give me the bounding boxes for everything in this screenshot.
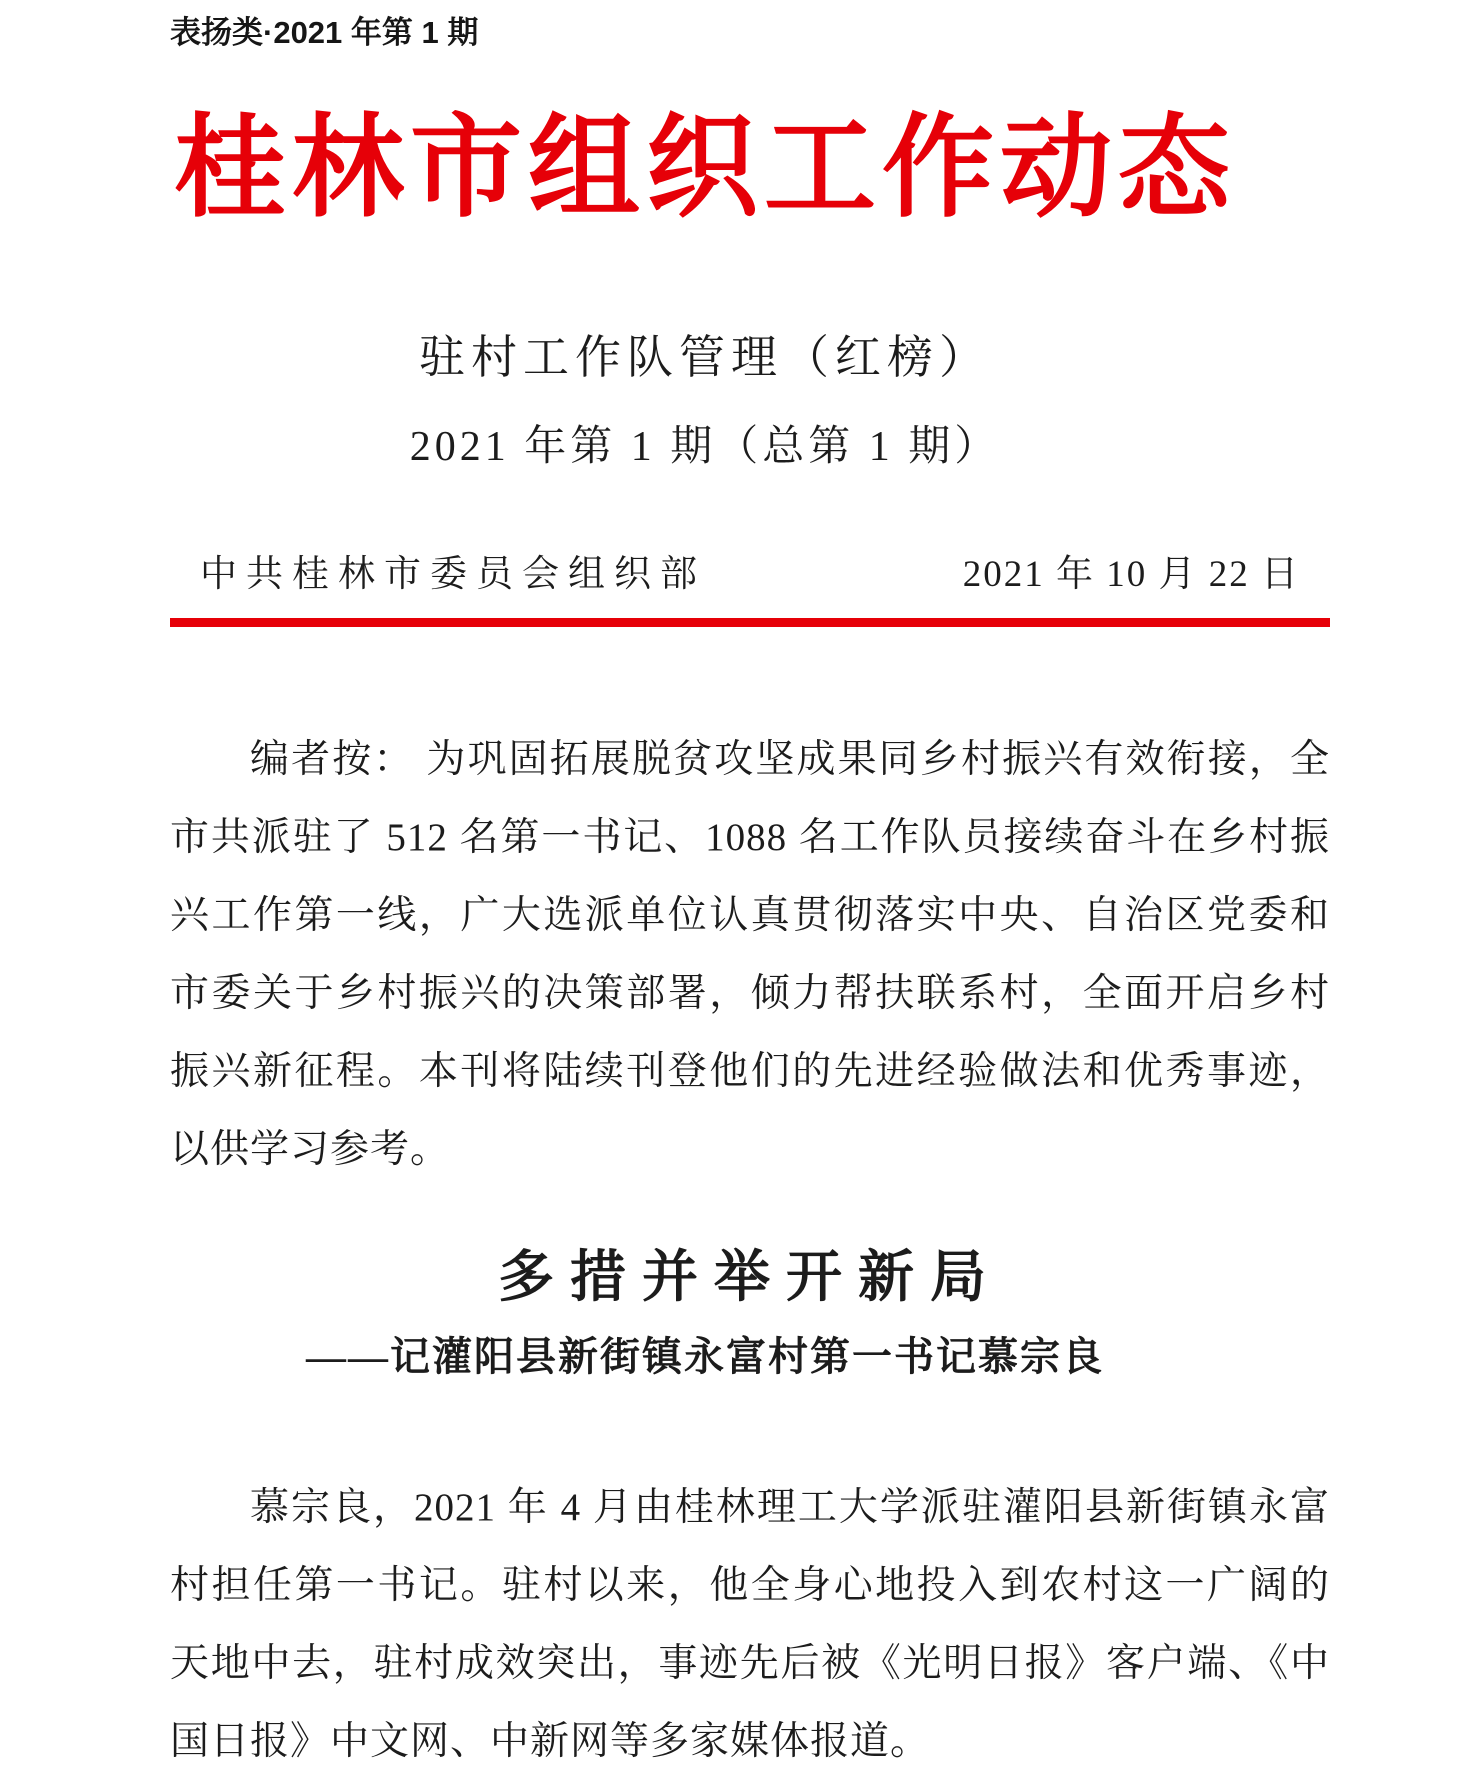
article-paragraph: 慕宗良，2021 年 4 月由桂林理工大学派驻灌阳县新街镇永富 村担任第一书记。…	[170, 1469, 1330, 1778]
category-label: 表扬类·2021 年第 1 期	[170, 10, 1330, 55]
article-subtitle: ——记灌阳县新街镇永富村第一书记慕宗良	[170, 1333, 1240, 1381]
publisher-name: 中共桂林市委员会组织部	[200, 552, 706, 598]
article-line: 村担任第一书记。驻村以来，他全身心地投入到农村这一广阔的	[170, 1547, 1330, 1625]
publish-date: 2021 年 10 月 22 日	[963, 552, 1300, 598]
editor-note-line: 兴工作第一线，广大选派单位认真贯彻落实中央、自治区党委和	[170, 877, 1330, 955]
article-line: 慕宗良，2021 年 4 月由桂林理工大学派驻灌阳县新街镇永富	[170, 1469, 1330, 1547]
document-page: 表扬类·2021 年第 1 期 桂林市组织工作动态 驻村工作队管理（红榜） 20…	[0, 0, 1470, 1778]
article-title: 多措并举开新局	[170, 1247, 1330, 1307]
article-line: 天地中去，驻村成效突出，事迹先后被《光明日报》客户端、《中	[170, 1625, 1330, 1703]
editor-note-paragraph: 编者按： 为巩固拓展脱贫攻坚成果同乡村振兴有效衔接，全 市共派驻了 512 名第…	[170, 721, 1330, 1189]
article-line: 国日报》中文网、中新网等多家媒体报道。	[170, 1703, 1330, 1778]
masthead-title: 桂林市组织工作动态	[170, 105, 1240, 234]
editor-note-line: 市共派驻了 512 名第一书记、1088 名工作队员接续奋斗在乡村振	[170, 799, 1330, 877]
publisher-row: 中共桂林市委员会组织部 2021 年 10 月 22 日	[170, 552, 1330, 598]
editor-note-line: 以供学习参考。	[170, 1111, 1330, 1189]
issue-line: 2021 年第 1 期（总第 1 期）	[170, 422, 1240, 472]
masthead-divider-rule	[170, 618, 1330, 627]
masthead-subtitle: 驻村工作队管理（红榜）	[170, 330, 1240, 386]
editor-note-line: 市委关于乡村振兴的决策部署，倾力帮扶联系村，全面开启乡村	[170, 955, 1330, 1033]
editor-note-line: 振兴新征程。本刊将陆续刊登他们的先进经验做法和优秀事迹，	[170, 1033, 1330, 1111]
editor-note-line: 编者按： 为巩固拓展脱贫攻坚成果同乡村振兴有效衔接，全	[170, 721, 1330, 799]
